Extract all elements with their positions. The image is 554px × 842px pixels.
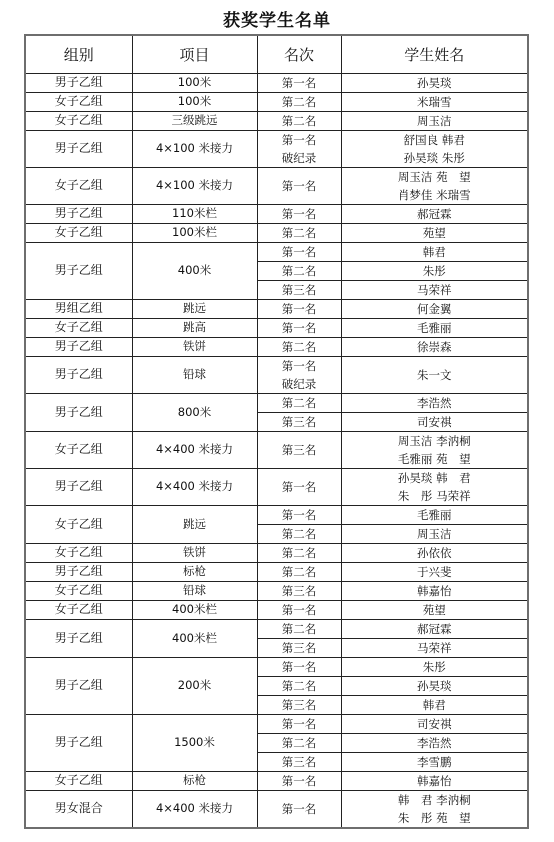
rank-cell: 第三名: [257, 639, 341, 658]
student-names-cell: 周玉洁 苑 望肖梦佳 米瑞雪: [341, 168, 528, 205]
group-cell: 女子乙组: [25, 544, 132, 563]
rank-cell: 第二名: [257, 262, 341, 281]
student-name-text: 周玉洁 李汭桐: [342, 432, 528, 450]
rank-text: 第三名: [258, 441, 341, 459]
table-body: 男子乙组100米第一名孙昊琰女子乙组100米第二名米瑞雪女子乙组三级跳远第二名周…: [25, 74, 528, 829]
student-name-text: 毛雅丽 苑 望: [342, 450, 528, 468]
student-name-text: 马荣祥: [342, 281, 528, 299]
header-student-names: 学生姓名: [341, 35, 528, 74]
rank-cell: 第二名: [257, 112, 341, 131]
rank-text: 破纪录: [258, 149, 341, 167]
rank-text: 第三名: [258, 281, 341, 299]
rank-text: 第一名: [258, 715, 341, 733]
event-cell: 200米: [132, 658, 257, 715]
student-name-text: 周玉洁 苑 望: [342, 168, 528, 186]
table-row: 男组乙组跳远第一名何金翼: [25, 300, 528, 319]
group-cell: 男子乙组: [25, 563, 132, 582]
group-cell: 男子乙组: [25, 658, 132, 715]
student-names-cell: 郝冠霖: [341, 205, 528, 224]
student-names-cell: 毛雅丽: [341, 506, 528, 525]
group-cell: 女子乙组: [25, 224, 132, 243]
event-cell: 100米: [132, 74, 257, 93]
group-cell: 男子乙组: [25, 715, 132, 772]
student-name-text: 韩 君 李汭桐: [342, 791, 528, 809]
rank-text: 第一名: [258, 772, 341, 790]
group-cell: 女子乙组: [25, 432, 132, 469]
rank-text: 第二名: [258, 563, 341, 581]
event-cell: 4×400 米接力: [132, 432, 257, 469]
rank-cell: 第二名: [257, 563, 341, 582]
event-cell: 400米栏: [132, 601, 257, 620]
table-row: 男子乙组200米第一名朱彤: [25, 658, 528, 677]
rank-text: 第一名: [258, 131, 341, 149]
rank-cell: 第一名: [257, 601, 341, 620]
student-name-text: 韩嘉怡: [342, 772, 528, 790]
rank-cell: 第二名: [257, 224, 341, 243]
student-names-cell: 朱一文: [341, 357, 528, 394]
student-names-cell: 周玉洁 李汭桐毛雅丽 苑 望: [341, 432, 528, 469]
student-name-text: 韩嘉怡: [342, 582, 528, 600]
table-header-row: 组别 项目 名次 学生姓名: [25, 35, 528, 74]
event-cell: 铁饼: [132, 338, 257, 357]
rank-cell: 第一名: [257, 300, 341, 319]
rank-text: 第二名: [258, 620, 341, 638]
rank-text: 第三名: [258, 582, 341, 600]
group-cell: 女子乙组: [25, 601, 132, 620]
event-cell: 4×100 米接力: [132, 168, 257, 205]
group-cell: 女子乙组: [25, 319, 132, 338]
student-names-cell: 周玉洁: [341, 112, 528, 131]
rank-text: 第一名: [258, 74, 341, 92]
student-names-cell: 徐崇森: [341, 338, 528, 357]
rank-text: 第一名: [258, 177, 341, 195]
rank-text: 第一名: [258, 243, 341, 261]
rank-text: 第二名: [258, 677, 341, 695]
table-row: 男子乙组110米栏第一名郝冠霖: [25, 205, 528, 224]
rank-cell: 第一名: [257, 205, 341, 224]
student-name-text: 郝冠霖: [342, 205, 528, 223]
group-cell: 女子乙组: [25, 582, 132, 601]
table-row: 女子乙组跳高第一名毛雅丽: [25, 319, 528, 338]
event-cell: 4×400 米接力: [132, 469, 257, 506]
rank-text: 第二名: [258, 544, 341, 562]
student-name-text: 于兴斐: [342, 563, 528, 581]
event-cell: 跳远: [132, 300, 257, 319]
rank-text: 第三名: [258, 696, 341, 714]
student-name-text: 孙依依: [342, 544, 528, 562]
table-row: 女子乙组100米栏第二名苑望: [25, 224, 528, 243]
rank-cell: 第一名: [257, 658, 341, 677]
event-cell: 100米: [132, 93, 257, 112]
student-names-cell: 李浩然: [341, 734, 528, 753]
rank-cell: 第二名: [257, 394, 341, 413]
rank-text: 第一名: [258, 357, 341, 375]
student-name-text: 司安祺: [342, 715, 528, 733]
student-names-cell: 孙昊琰: [341, 677, 528, 696]
group-cell: 男子乙组: [25, 338, 132, 357]
rank-text: 第一名: [258, 478, 341, 496]
student-names-cell: 司安祺: [341, 715, 528, 734]
student-name-text: 米瑞雪: [342, 93, 528, 111]
table-row: 女子乙组铅球第三名韩嘉怡: [25, 582, 528, 601]
rank-text: 第二名: [258, 734, 341, 752]
header-rank: 名次: [257, 35, 341, 74]
student-name-text: 何金翼: [342, 300, 528, 318]
group-cell: 男组乙组: [25, 300, 132, 319]
student-names-cell: 韩君: [341, 696, 528, 715]
event-cell: 标枪: [132, 772, 257, 791]
student-names-cell: 于兴斐: [341, 563, 528, 582]
rank-text: 破纪录: [258, 375, 341, 393]
group-cell: 男子乙组: [25, 74, 132, 93]
rank-cell: 第一名: [257, 791, 341, 829]
table-row: 男子乙组400米栏第二名郝冠霖: [25, 620, 528, 639]
group-cell: 男女混合: [25, 791, 132, 829]
event-cell: 铅球: [132, 582, 257, 601]
student-name-text: 朱彤: [342, 658, 528, 676]
table-row: 女子乙组100米第二名米瑞雪: [25, 93, 528, 112]
rank-cell: 第一名破纪录: [257, 131, 341, 168]
student-names-cell: 孙依依: [341, 544, 528, 563]
rank-cell: 第一名破纪录: [257, 357, 341, 394]
rank-text: 第一名: [258, 658, 341, 676]
rank-text: 第一名: [258, 205, 341, 223]
student-name-text: 朱一文: [342, 366, 528, 384]
student-names-cell: 韩 君 李汭桐朱 彤 苑 望: [341, 791, 528, 829]
rank-cell: 第三名: [257, 413, 341, 432]
rank-cell: 第一名: [257, 506, 341, 525]
table-row: 男子乙组4×400 米接力第一名孙昊琰 韩 君朱 彤 马荣祥: [25, 469, 528, 506]
event-cell: 100米栏: [132, 224, 257, 243]
table-row: 女子乙组400米栏第一名苑望: [25, 601, 528, 620]
rank-text: 第二名: [258, 525, 341, 543]
student-names-cell: 朱彤: [341, 658, 528, 677]
student-name-text: 孙昊琰 韩 君: [342, 469, 528, 487]
group-cell: 男子乙组: [25, 131, 132, 168]
rank-text: 第一名: [258, 319, 341, 337]
rank-cell: 第一名: [257, 772, 341, 791]
group-cell: 男子乙组: [25, 243, 132, 300]
table-row: 男子乙组标枪第二名于兴斐: [25, 563, 528, 582]
event-cell: 400米: [132, 243, 257, 300]
event-cell: 4×100 米接力: [132, 131, 257, 168]
rank-cell: 第一名: [257, 715, 341, 734]
student-names-cell: 李雪鹏: [341, 753, 528, 772]
group-cell: 男子乙组: [25, 394, 132, 432]
rank-cell: 第二名: [257, 677, 341, 696]
student-name-text: 朱 彤 苑 望: [342, 809, 528, 827]
rank-text: 第二名: [258, 93, 341, 111]
student-name-text: 李浩然: [342, 734, 528, 752]
student-name-text: 韩君: [342, 243, 528, 261]
rank-cell: 第一名: [257, 74, 341, 93]
rank-text: 第二名: [258, 262, 341, 280]
rank-cell: 第二名: [257, 93, 341, 112]
student-name-text: 苑望: [342, 601, 528, 619]
event-cell: 1500米: [132, 715, 257, 772]
header-event: 项目: [132, 35, 257, 74]
event-cell: 800米: [132, 394, 257, 432]
student-names-cell: 孙昊琰 韩 君朱 彤 马荣祥: [341, 469, 528, 506]
rank-cell: 第一名: [257, 168, 341, 205]
student-names-cell: 韩嘉怡: [341, 772, 528, 791]
student-names-cell: 苑望: [341, 601, 528, 620]
table-row: 男子乙组400米第一名韩君: [25, 243, 528, 262]
table-row: 女子乙组4×400 米接力第三名周玉洁 李汭桐毛雅丽 苑 望: [25, 432, 528, 469]
rank-cell: 第二名: [257, 544, 341, 563]
student-name-text: 徐崇森: [342, 338, 528, 356]
table-row: 男子乙组铅球第一名破纪录朱一文: [25, 357, 528, 394]
table-row: 女子乙组三级跳远第二名周玉洁: [25, 112, 528, 131]
rank-cell: 第二名: [257, 734, 341, 753]
rank-cell: 第一名: [257, 319, 341, 338]
rank-cell: 第一名: [257, 243, 341, 262]
student-name-text: 韩君: [342, 696, 528, 714]
table-row: 男子乙组1500米第一名司安祺: [25, 715, 528, 734]
rank-cell: 第二名: [257, 620, 341, 639]
student-name-text: 孙昊琰: [342, 74, 528, 92]
rank-cell: 第二名: [257, 525, 341, 544]
table-row: 男子乙组4×100 米接力第一名破纪录舒国良 韩君孙昊琰 朱彤: [25, 131, 528, 168]
group-cell: 女子乙组: [25, 93, 132, 112]
student-name-text: 司安祺: [342, 413, 528, 431]
event-cell: 铅球: [132, 357, 257, 394]
group-cell: 女子乙组: [25, 772, 132, 791]
rank-cell: 第一名: [257, 469, 341, 506]
rank-text: 第三名: [258, 413, 341, 431]
rank-cell: 第三名: [257, 696, 341, 715]
rank-text: 第一名: [258, 601, 341, 619]
student-names-cell: 郝冠霖: [341, 620, 528, 639]
group-cell: 男子乙组: [25, 357, 132, 394]
group-cell: 男子乙组: [25, 620, 132, 658]
student-names-cell: 毛雅丽: [341, 319, 528, 338]
student-names-cell: 朱彤: [341, 262, 528, 281]
student-name-text: 周玉洁: [342, 112, 528, 130]
student-names-cell: 李浩然: [341, 394, 528, 413]
student-names-cell: 周玉洁: [341, 525, 528, 544]
student-name-text: 朱 彤 马荣祥: [342, 487, 528, 505]
student-name-text: 周玉洁: [342, 525, 528, 543]
student-names-cell: 舒国良 韩君孙昊琰 朱彤: [341, 131, 528, 168]
event-cell: 跳高: [132, 319, 257, 338]
student-name-text: 朱彤: [342, 262, 528, 280]
student-names-cell: 韩嘉怡: [341, 582, 528, 601]
rank-cell: 第二名: [257, 338, 341, 357]
table-row: 女子乙组标枪第一名韩嘉怡: [25, 772, 528, 791]
event-cell: 三级跳远: [132, 112, 257, 131]
group-cell: 女子乙组: [25, 506, 132, 544]
student-names-cell: 何金翼: [341, 300, 528, 319]
group-cell: 男子乙组: [25, 205, 132, 224]
table-row: 男子乙组100米第一名孙昊琰: [25, 74, 528, 93]
rank-text: 第一名: [258, 300, 341, 318]
student-name-text: 孙昊琰: [342, 677, 528, 695]
student-names-cell: 苑望: [341, 224, 528, 243]
group-cell: 女子乙组: [25, 112, 132, 131]
student-name-text: 马荣祥: [342, 639, 528, 657]
table-row: 女子乙组铁饼第二名孙依依: [25, 544, 528, 563]
table-row: 女子乙组4×100 米接力第一名周玉洁 苑 望肖梦佳 米瑞雪: [25, 168, 528, 205]
event-cell: 标枪: [132, 563, 257, 582]
rank-text: 第三名: [258, 639, 341, 657]
rank-cell: 第三名: [257, 281, 341, 300]
student-names-cell: 米瑞雪: [341, 93, 528, 112]
student-name-text: 毛雅丽: [342, 319, 528, 337]
group-cell: 男子乙组: [25, 469, 132, 506]
rank-text: 第二名: [258, 112, 341, 130]
table-row: 男女混合4×400 米接力第一名韩 君 李汭桐朱 彤 苑 望: [25, 791, 528, 829]
student-name-text: 毛雅丽: [342, 506, 528, 524]
event-cell: 400米栏: [132, 620, 257, 658]
rank-text: 第一名: [258, 506, 341, 524]
header-group: 组别: [25, 35, 132, 74]
student-names-cell: 司安祺: [341, 413, 528, 432]
table-row: 女子乙组跳远第一名毛雅丽: [25, 506, 528, 525]
rank-text: 第二名: [258, 394, 341, 412]
rank-cell: 第三名: [257, 753, 341, 772]
student-name-text: 李浩然: [342, 394, 528, 412]
table-row: 男子乙组800米第二名李浩然: [25, 394, 528, 413]
student-names-cell: 马荣祥: [341, 639, 528, 658]
student-name-text: 肖梦佳 米瑞雪: [342, 186, 528, 204]
student-names-cell: 孙昊琰: [341, 74, 528, 93]
rank-text: 第二名: [258, 224, 341, 242]
group-cell: 女子乙组: [25, 168, 132, 205]
student-name-text: 苑望: [342, 224, 528, 242]
event-cell: 跳远: [132, 506, 257, 544]
rank-cell: 第三名: [257, 432, 341, 469]
page-title: 获奖学生名单: [0, 6, 554, 31]
event-cell: 110米栏: [132, 205, 257, 224]
rank-text: 第一名: [258, 800, 341, 818]
rank-text: 第二名: [258, 338, 341, 356]
table-row: 男子乙组铁饼第二名徐崇森: [25, 338, 528, 357]
student-name-text: 舒国良 韩君: [342, 131, 528, 149]
student-names-cell: 韩君: [341, 243, 528, 262]
event-cell: 铁饼: [132, 544, 257, 563]
rank-text: 第三名: [258, 753, 341, 771]
student-name-text: 李雪鹏: [342, 753, 528, 771]
event-cell: 4×400 米接力: [132, 791, 257, 829]
student-names-cell: 马荣祥: [341, 281, 528, 300]
student-name-text: 孙昊琰 朱彤: [342, 149, 528, 167]
student-name-text: 郝冠霖: [342, 620, 528, 638]
awards-table: 组别 项目 名次 学生姓名 男子乙组100米第一名孙昊琰女子乙组100米第二名米…: [24, 34, 529, 829]
rank-cell: 第三名: [257, 582, 341, 601]
